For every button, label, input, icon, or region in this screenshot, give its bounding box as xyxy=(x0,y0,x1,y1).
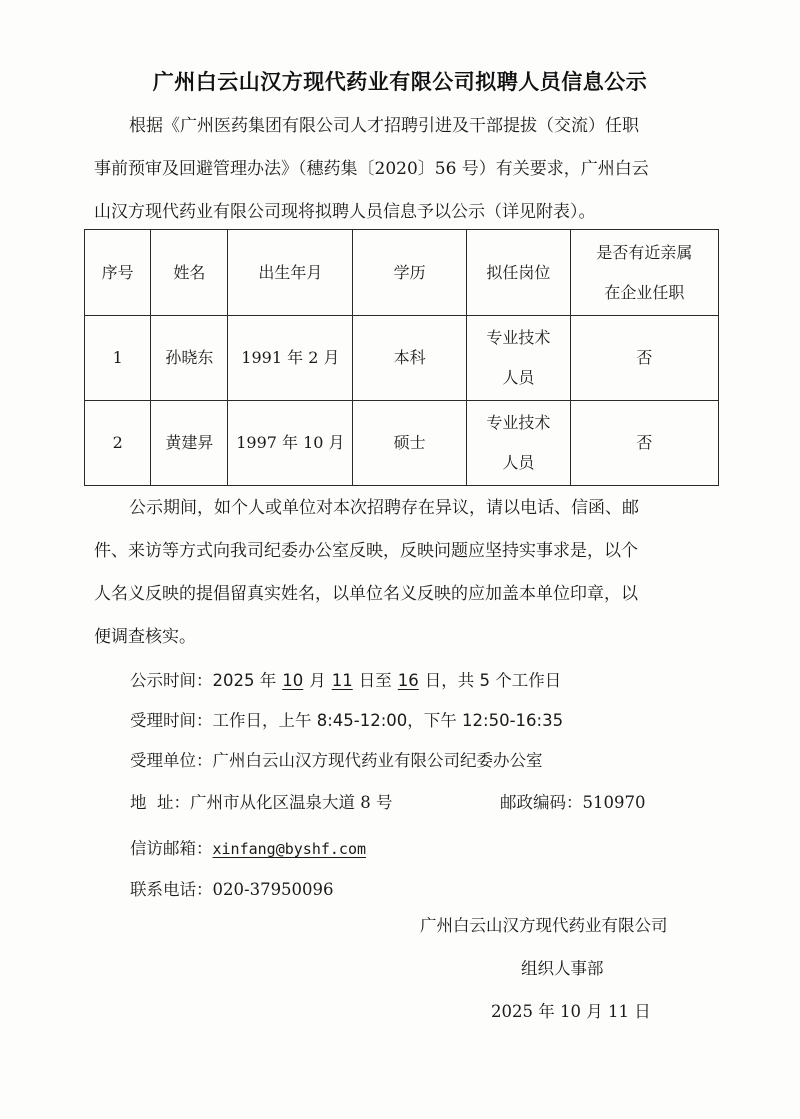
cell-position-line1: 专业技术 xyxy=(467,318,570,358)
document-page: 广州白云山汉方现代药业有限公司拟聘人员信息公示 根据《广州医药集团有限公司人才招… xyxy=(0,0,800,1119)
signature-date: 2025 年 10 月 11 日 xyxy=(491,998,651,1022)
address-value: 广州市从化区温泉大道 8 号 xyxy=(190,793,393,812)
phone-value: 020-37950096 xyxy=(213,880,334,899)
cell-position: 专业技术 人员 xyxy=(466,316,570,401)
cell-name: 黄建昇 xyxy=(151,401,228,486)
postcode: 邮政编码：510970 xyxy=(500,789,646,813)
cell-name: 孙晓东 xyxy=(151,316,228,401)
notice-line: 件、来访等方式向我司纪委办公室反映，反映问题应坚持实事求是，以个 xyxy=(94,530,719,573)
cell-seq: 1 xyxy=(85,316,151,401)
header-birth: 出生年月 xyxy=(228,230,353,316)
cell-seq: 2 xyxy=(85,401,151,486)
cell-education: 本科 xyxy=(353,316,467,401)
cell-birth: 1991 年 2 月 xyxy=(228,316,353,401)
address-line: 地 址：广州市从化区温泉大道 8 号 邮政编码：510970 xyxy=(130,789,730,813)
postcode-value: 510970 xyxy=(583,793,646,812)
header-education: 学历 xyxy=(353,230,467,316)
cell-position: 专业技术 人员 xyxy=(466,401,570,486)
publicity-period-line: 公示时间：2025 年10月11日至16日，共 5 个工作日 xyxy=(130,667,561,691)
notice-line: 公示期间，如个人或单位对本次招聘存在异议，请以电话、信函、邮 xyxy=(94,487,719,530)
intro-line: 事前预审及回避管理办法》（穗药集〔2020〕56 号）有关要求，广州白云 xyxy=(94,148,719,191)
intro-line: 根据《广州医药集团有限公司人才招聘引进及干部提拔（交流）任职 xyxy=(94,105,719,148)
acceptance-time-value: 工作日，上午 8:45-12:00，下午 12:50-16:35 xyxy=(213,711,564,730)
publicity-year: 2025 年 xyxy=(213,671,277,690)
intro-line: 山汉方现代药业有限公司现将拟聘人员信息予以公示（详见附表）。 xyxy=(94,191,719,234)
header-relatives: 是否有近亲属 在企业任职 xyxy=(570,230,718,316)
notice-line: 便调查核实。 xyxy=(94,616,719,659)
publicity-month: 10 xyxy=(276,671,309,690)
table-row: 2 黄建昇 1997 年 10 月 硕士 专业技术 人员 否 xyxy=(85,401,719,486)
phone-label: 联系电话： xyxy=(130,880,213,899)
acceptance-time-line: 受理时间：工作日，上午 8:45-12:00，下午 12:50-16:35 xyxy=(130,707,563,731)
email-label: 信访邮箱： xyxy=(130,839,213,858)
publicity-period-label: 公示时间： xyxy=(130,671,213,690)
postcode-label: 邮政编码： xyxy=(500,793,583,812)
acceptance-unit-value: 广州白云山汉方现代药业有限公司纪委办公室 xyxy=(213,751,543,770)
table-row: 1 孙晓东 1991 年 2 月 本科 专业技术 人员 否 xyxy=(85,316,719,401)
notice-line: 人名义反映的提倡留真实姓名，以单位名义反映的应加盖本单位印章，以 xyxy=(94,573,719,616)
publicity-start-day: 11 xyxy=(326,671,359,690)
signature-company: 广州白云山汉方现代药业有限公司 xyxy=(420,912,668,936)
acceptance-unit-line: 受理单位：广州白云山汉方现代药业有限公司纪委办公室 xyxy=(130,747,543,771)
signature-department: 组织人事部 xyxy=(521,955,604,979)
intro-paragraph: 根据《广州医药集团有限公司人才招聘引进及干部提拔（交流）任职 事前预审及回避管理… xyxy=(94,105,719,234)
acceptance-unit-label: 受理单位： xyxy=(130,751,213,770)
cell-relatives: 否 xyxy=(570,401,718,486)
email-line: 信访邮箱：xinfang@byshf.com xyxy=(130,835,366,859)
publicity-end-day: 16 xyxy=(392,671,425,690)
email-link[interactable]: xinfang@byshf.com xyxy=(213,840,367,858)
cell-relatives: 否 xyxy=(570,316,718,401)
candidate-table: 序号 姓名 出生年月 学历 拟任岗位 是否有近亲属 在企业任职 1 孙晓东 19… xyxy=(84,229,719,486)
cell-position-line1: 专业技术 xyxy=(467,403,570,443)
header-position: 拟任岗位 xyxy=(466,230,570,316)
address-label: 地 址： xyxy=(130,793,190,812)
publicity-end-suffix: 日，共 5 个工作日 xyxy=(425,671,562,690)
cell-education: 硕士 xyxy=(353,401,467,486)
cell-position-line2: 人员 xyxy=(467,358,570,398)
cell-position-line2: 人员 xyxy=(467,443,570,483)
phone-line: 联系电话：020-37950096 xyxy=(130,876,334,900)
publicity-start-suffix: 日至 xyxy=(359,671,392,690)
header-relatives-line1: 是否有近亲属 xyxy=(571,233,718,273)
cell-birth: 1997 年 10 月 xyxy=(228,401,353,486)
table-header-row: 序号 姓名 出生年月 学历 拟任岗位 是否有近亲属 在企业任职 xyxy=(85,230,719,316)
publicity-month-suffix: 月 xyxy=(309,671,326,690)
document-title: 广州白云山汉方现代药业有限公司拟聘人员信息公示 xyxy=(0,66,800,96)
header-relatives-line2: 在企业任职 xyxy=(571,273,718,313)
acceptance-time-label: 受理时间： xyxy=(130,711,213,730)
header-name: 姓名 xyxy=(151,230,228,316)
notice-paragraph: 公示期间，如个人或单位对本次招聘存在异议，请以电话、信函、邮 件、来访等方式向我… xyxy=(94,487,719,659)
header-seq: 序号 xyxy=(85,230,151,316)
